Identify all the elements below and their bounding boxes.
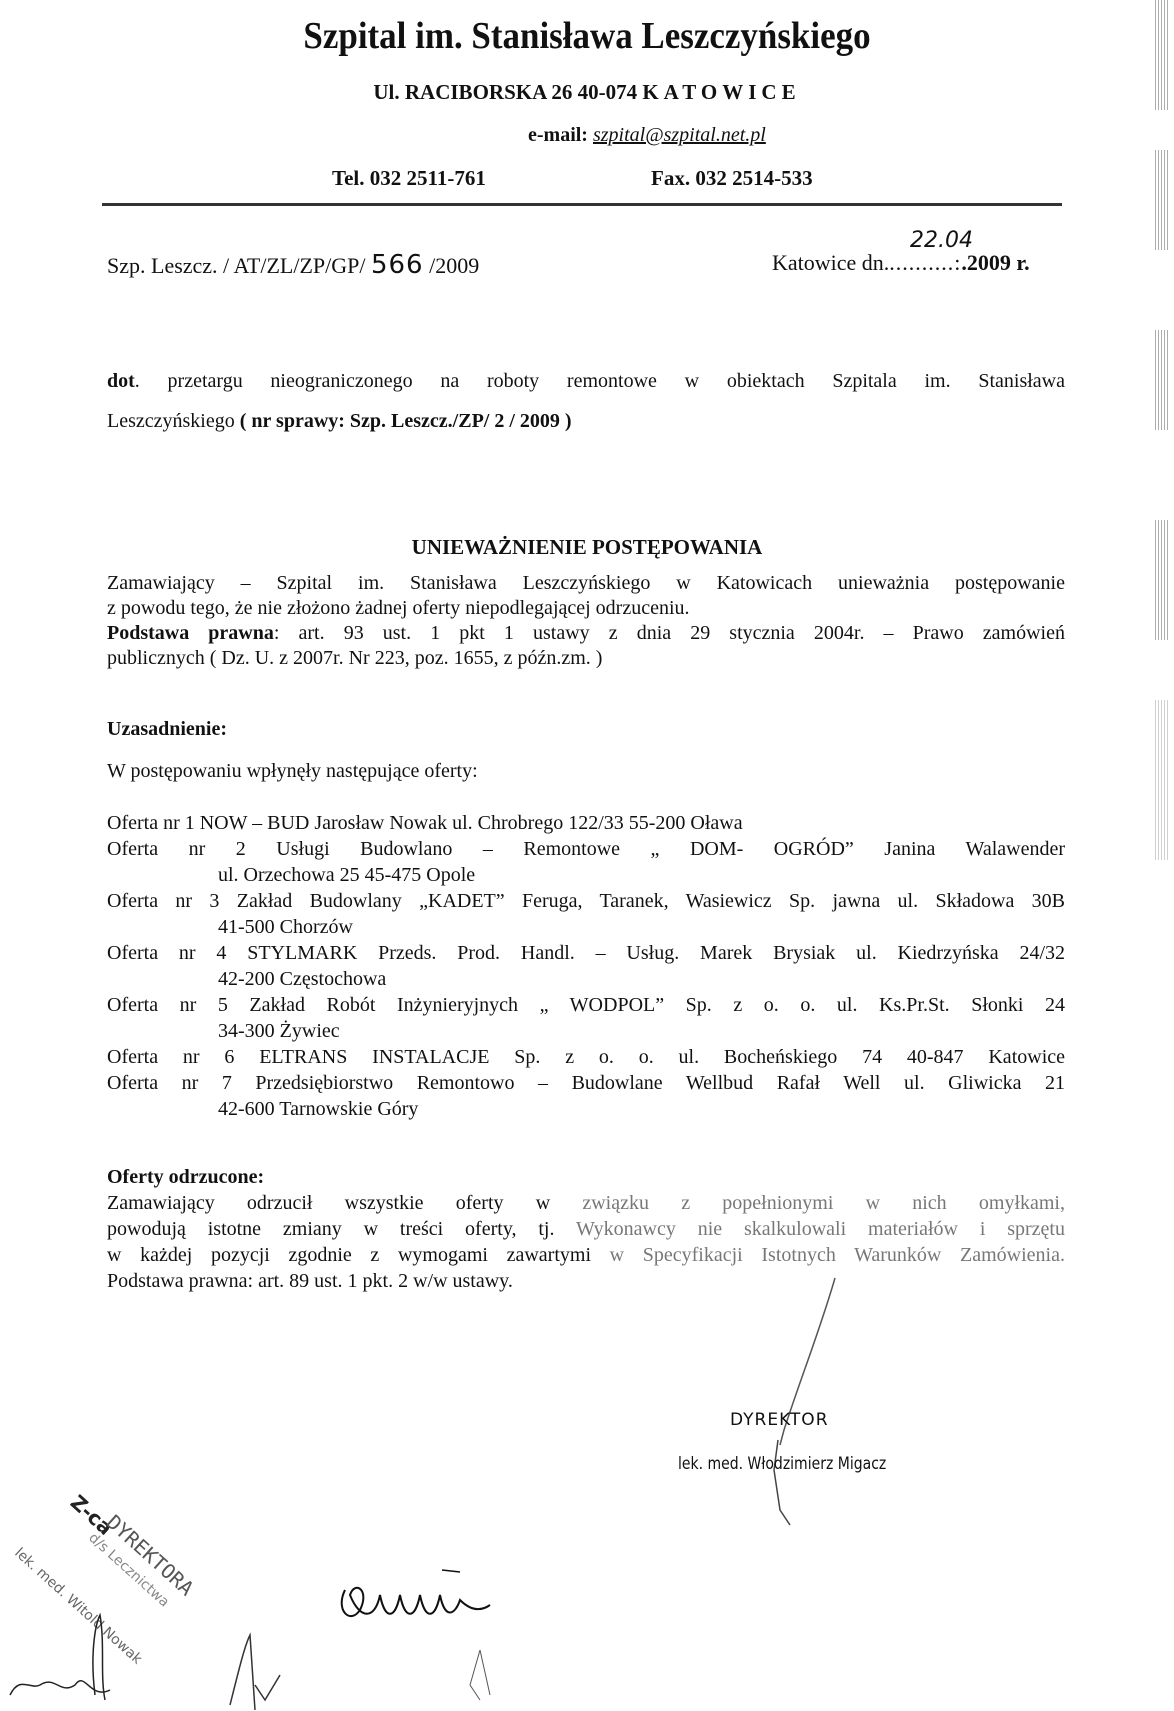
document-heading: UNIEWAŻNIENIE POSTĘPOWANIA	[0, 535, 1174, 560]
rejected-text-1b: związku z popełnionymi w nich omyłkami,	[582, 1192, 1065, 1214]
rejected-text-3a: w każdej pozycji zgodnie z wymogami zawa…	[107, 1244, 610, 1266]
document-date: Katowice dn...........:.2009 r. 22.04	[772, 250, 1030, 276]
handwritten-number: 566	[371, 250, 424, 280]
offer-item: Oferta nr 5 Zakład Robót Inżynieryjnych …	[107, 994, 1065, 1017]
scan-margin-mark	[1155, 150, 1169, 250]
subject-label: dot	[107, 370, 135, 392]
offer-address: ul. Orzechowa 25 45-475 Opole	[218, 864, 475, 887]
offer-item: Oferta nr 2 Usługi Budowlano – Remontowe…	[107, 838, 1065, 861]
fax-number: Fax. 032 2514-533	[651, 166, 813, 191]
scan-margin-mark	[1155, 520, 1169, 640]
offer-item: Oferta nr 4 STYLMARK Przeds. Prod. Handl…	[107, 942, 1065, 965]
date-prefix: Katowice dn.	[772, 250, 889, 275]
pen-mark-icon	[460, 1645, 500, 1705]
legal-basis-line-2: publicznych ( Dz. U. z 2007r. Nr 223, po…	[107, 647, 602, 670]
scan-margin-mark	[1155, 700, 1169, 860]
reference-suffix: /2009	[424, 253, 480, 278]
offer-item: Oferta nr 3 Zakład Budowlany „KADET” Fer…	[107, 890, 1065, 913]
email-link[interactable]: szpital@szpital.net.pl	[593, 124, 766, 146]
rejected-line-1: Zamawiający odrzucił wszystkie oferty w …	[107, 1192, 1065, 1215]
subject-line-1: dot. przetargu nieograniczonego na robot…	[107, 370, 1065, 393]
offers-intro: W postępowaniu wpłynęły następujące ofer…	[107, 760, 478, 783]
rejected-text-2a: powodują istotne zmiany w treści oferty,…	[107, 1218, 576, 1240]
rejected-legal-basis: Podstawa prawna: art. 89 ust. 1 pkt. 2 w…	[107, 1270, 513, 1293]
scan-margin-mark	[1155, 330, 1169, 430]
email-line: e-mail: szpital@szpital.net.pl	[528, 124, 766, 147]
date-dots: ..........:	[889, 250, 961, 275]
rejected-line-3: w każdej pozycji zgodnie z wymogami zawa…	[107, 1244, 1065, 1267]
subject-text-2: Leszczyńskiego	[107, 410, 240, 432]
legal-basis-text: : art. 93 ust. 1 pkt 1 ustawy z dnia 29 …	[274, 622, 1065, 644]
rejected-text-3b: w Specyfikacji Istotnych Warunków Zamówi…	[610, 1244, 1065, 1266]
offer-address: 42-200 Częstochowa	[218, 968, 386, 991]
offer-item: Oferta nr 6 ELTRANS INSTALACJE Sp. z o. …	[107, 1046, 1065, 1069]
email-label: e-mail:	[528, 124, 588, 146]
subject-line-2: Leszczyńskiego ( nr sprawy: Szp. Leszcz.…	[107, 410, 572, 433]
offer-address: 42-600 Tarnowskie Góry	[218, 1098, 418, 1121]
legal-basis-label: Podstawa prawna	[107, 622, 274, 644]
scan-margin-mark	[1155, 0, 1169, 110]
date-suffix: .2009 r.	[961, 250, 1029, 275]
initials-signature-icon	[0, 1575, 300, 1711]
offer-item: Oferta nr 1 NOW – BUD Jarosław Nowak ul.…	[107, 812, 743, 835]
address-street: Ul. RACIBORSKA 26 40-074	[373, 80, 642, 104]
handwritten-date: 22.04	[910, 228, 973, 253]
subject-text: . przetargu nieograniczonego na roboty r…	[135, 370, 1065, 392]
reference-number: Szp. Leszcz. / AT/ZL/ZP/GP/ 566 /2009	[107, 250, 479, 280]
header-divider	[102, 203, 1062, 206]
rejected-heading: Oferty odrzucone:	[107, 1166, 264, 1189]
director-title: DYREKTOR	[730, 1410, 829, 1430]
case-number: ( nr sprawy: Szp. Leszcz./ZP/ 2 / 2009 )	[240, 410, 572, 432]
hospital-address: Ul. RACIBORSKA 26 40-074 KATOWICE	[0, 80, 1174, 105]
reference-prefix: Szp. Leszcz. / AT/ZL/ZP/GP/	[107, 253, 371, 278]
director-signature-icon	[700, 1270, 900, 1530]
offer-item: Oferta nr 7 Przedsiębiorstwo Remontowo –…	[107, 1072, 1065, 1095]
body-line-2: z powodu tego, że nie złożono żadnej ofe…	[107, 597, 690, 620]
body-line-1: Zamawiający – Szpital im. Stanisława Les…	[107, 572, 1065, 595]
director-name: lek. med. Włodzimierz Migacz	[678, 1454, 886, 1473]
offer-address: 41-500 Chorzów	[218, 916, 353, 939]
rejected-text-1a: Zamawiający odrzucił wszystkie oferty w	[107, 1192, 582, 1214]
handwritten-signature-icon	[330, 1550, 530, 1640]
justification-heading: Uzasadnienie:	[107, 718, 227, 741]
phone-number: Tel. 032 2511-761	[332, 166, 486, 191]
legal-basis-line-1: Podstawa prawna: art. 93 ust. 1 pkt 1 us…	[107, 622, 1065, 645]
hospital-name-title: Szpital im. Stanisława Leszczyńskiego	[47, 14, 1127, 58]
address-city: KATOWICE	[642, 80, 800, 104]
rejected-line-2: powodują istotne zmiany w treści oferty,…	[107, 1218, 1065, 1241]
rejected-text-2b: Wykonawcy nie skalkulowali materiałów i …	[576, 1218, 1065, 1240]
offer-address: 34-300 Żywiec	[218, 1020, 340, 1043]
